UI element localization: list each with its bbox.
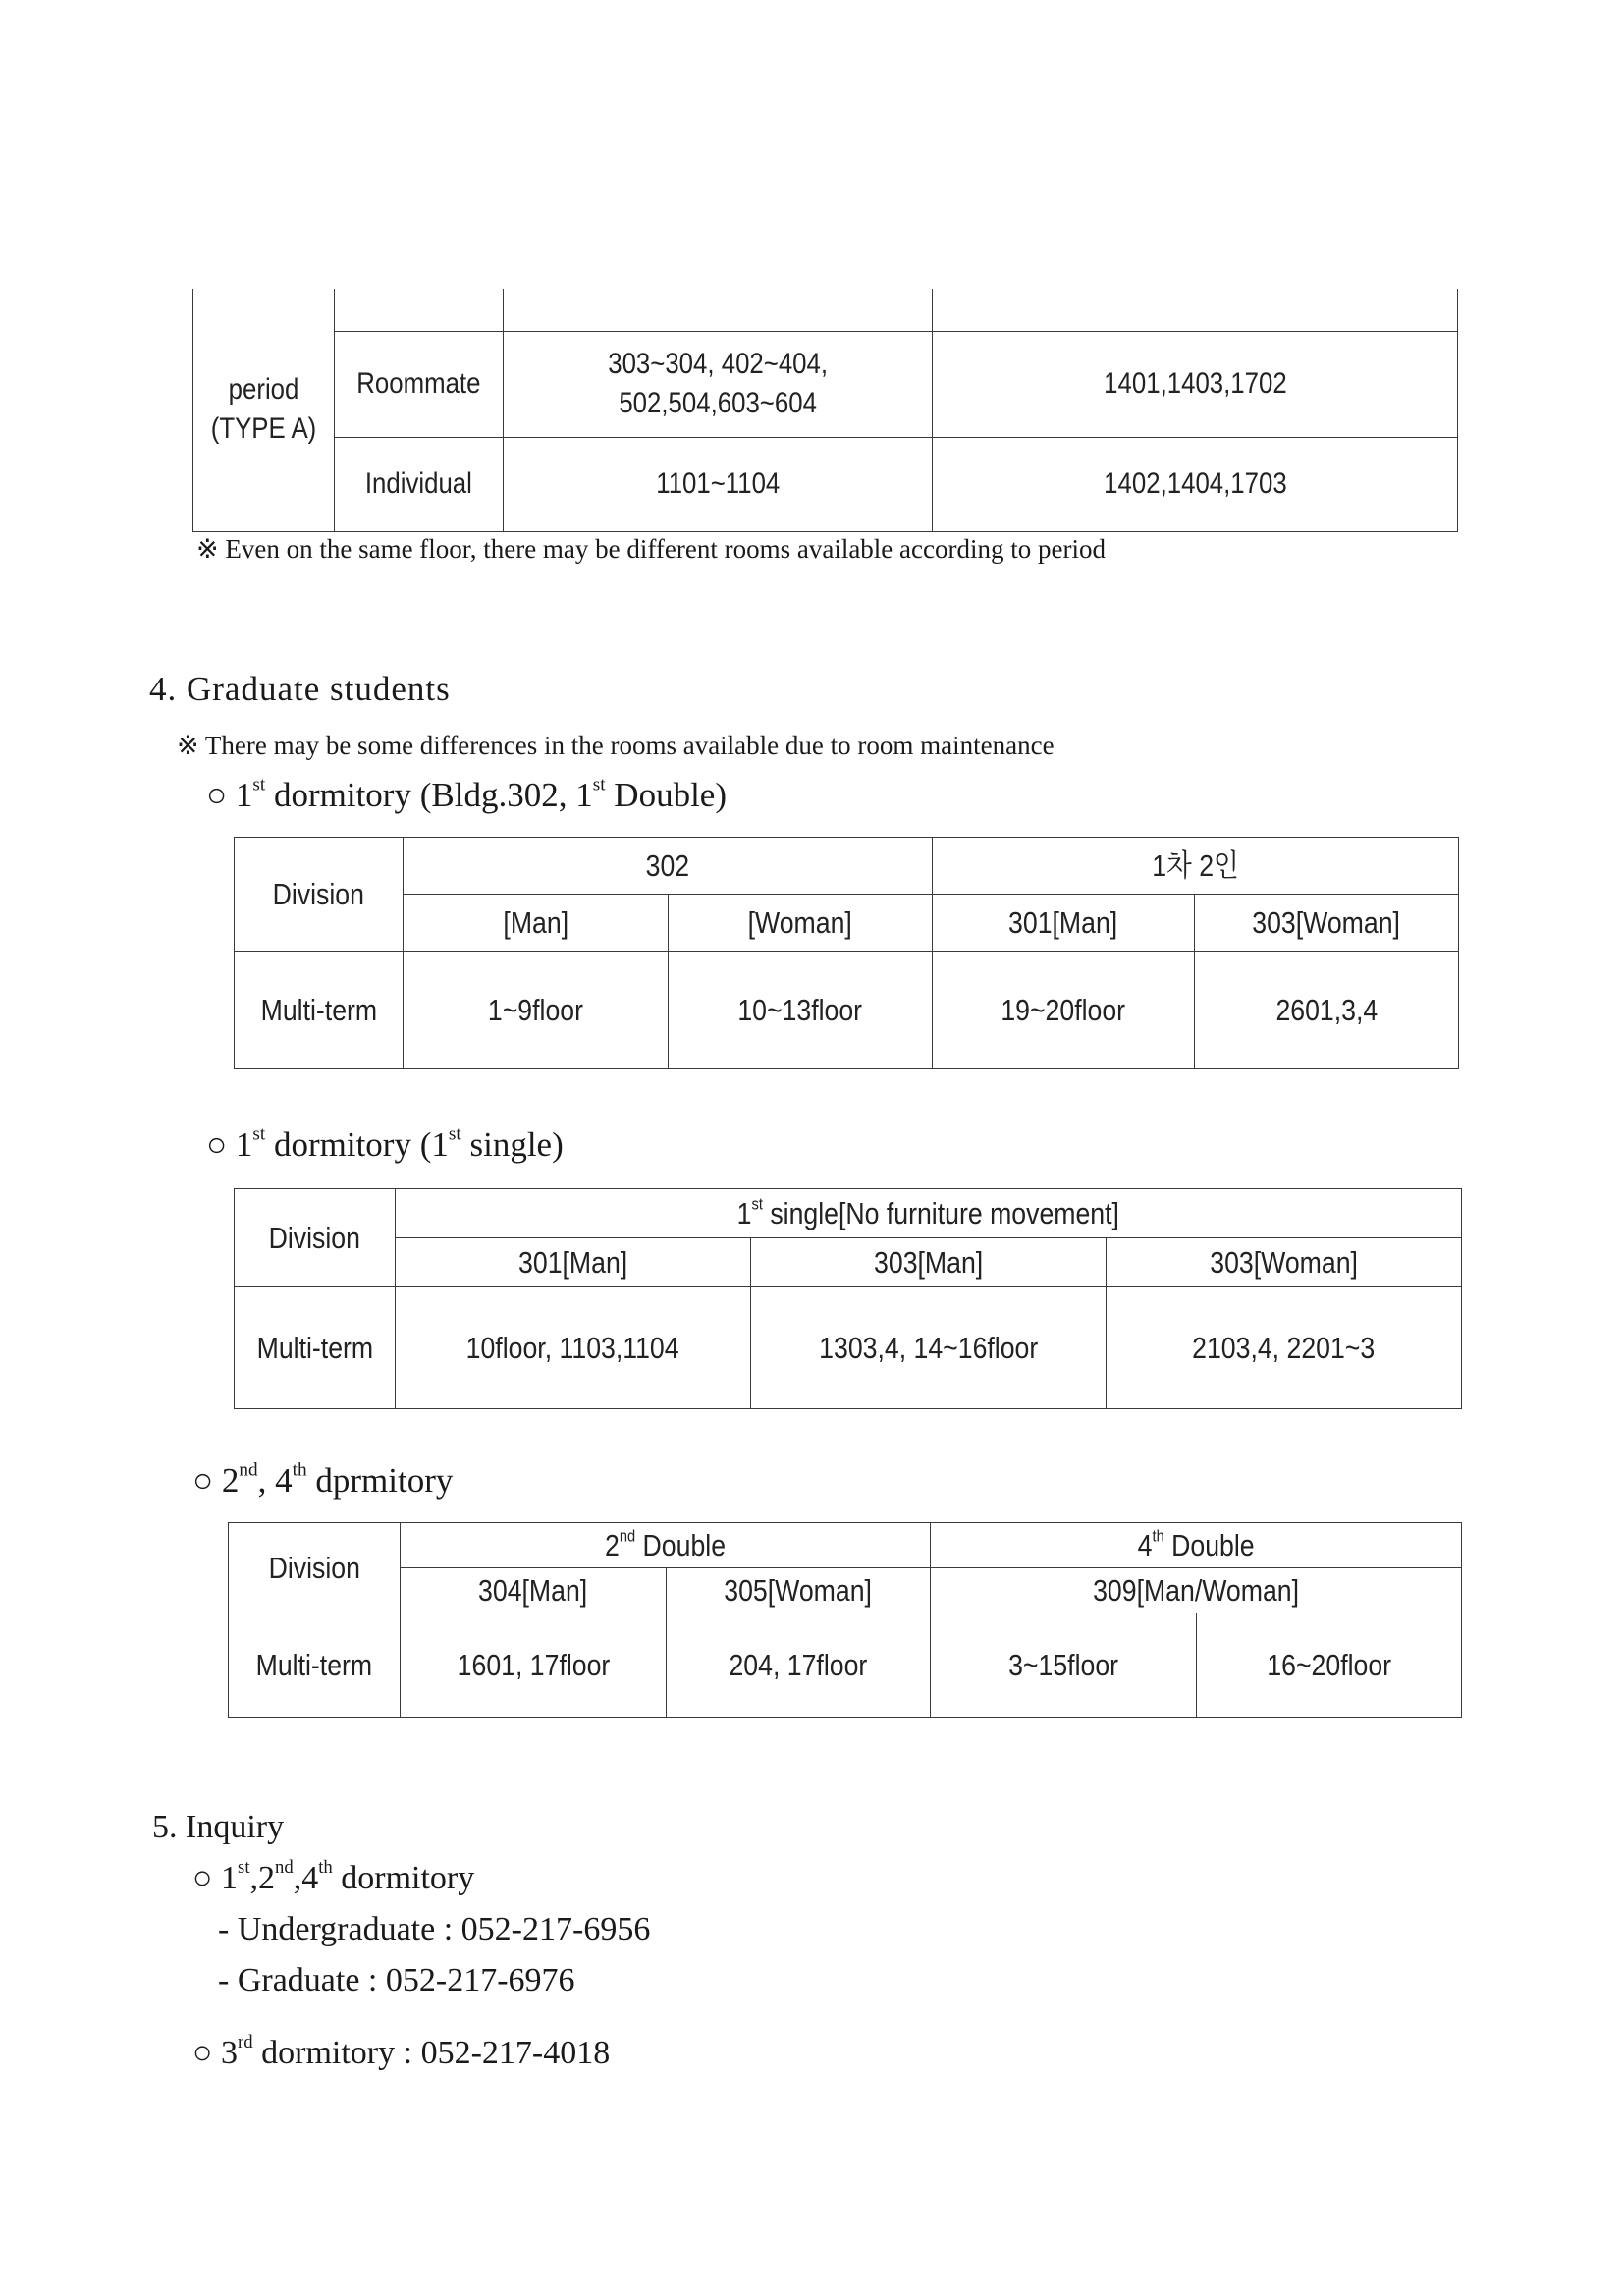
group-header: 2nd Double: [401, 1523, 931, 1568]
division-header: Division: [235, 838, 404, 952]
row-label: Multi-term: [235, 952, 404, 1069]
column-header: 304[Man]: [401, 1568, 667, 1613]
division-header: Division: [229, 1523, 401, 1613]
table-cell: 10~13floor: [669, 952, 933, 1069]
column-header: 301[Man]: [396, 1238, 751, 1287]
group-header: 4th Double: [931, 1523, 1462, 1568]
first-dorm-double-table: Division 302 1차 2인 [Man] [Woman] 301[Man…: [234, 837, 1459, 1069]
section-5-heading: 5. Inquiry: [152, 1809, 284, 1846]
blank-cell: [933, 289, 1458, 331]
bullet-circle-icon: ○: [192, 1860, 213, 1896]
column-header: 305[Woman]: [667, 1568, 931, 1613]
sub1-title: ○ 1st dormitory (Bldg.302, 1st Double): [206, 776, 727, 815]
period-label-cell: period(TYPE A): [193, 289, 335, 531]
table-row: Multi-term 10floor, 1103,1104 1303,4, 14…: [235, 1287, 1462, 1409]
table-cell: 1303,4, 14~16floor: [751, 1287, 1107, 1409]
table-cell: 1601, 17floor: [401, 1613, 667, 1718]
bullet-circle-icon: ○: [206, 776, 227, 814]
third-dorm-contact: ○ 3rd dormitory : 052-217-4018: [192, 2035, 610, 2072]
row-label: Multi-term: [235, 1287, 396, 1409]
table-cell: 303~304, 402~404,502,504,603~604: [504, 331, 933, 437]
column-header: 303[Woman]: [1107, 1238, 1462, 1287]
table-cell: 1~9floor: [404, 952, 669, 1069]
room-type-individual: Individual: [335, 437, 504, 531]
group-header: 302: [404, 838, 933, 895]
column-header: 303[Man]: [751, 1238, 1107, 1287]
section-4-heading: 4. Graduate students: [149, 670, 451, 709]
inquiry-group-1-title: ○ 1st,2nd,4th dormitory: [192, 1860, 474, 1897]
group-header: 1차 2인: [933, 838, 1459, 895]
table-cell: 16~20floor: [1197, 1613, 1462, 1718]
sub2-title: ○ 1st dormitory (1st single): [206, 1125, 564, 1165]
group-header: 1st single[No furniture movement]: [396, 1189, 1462, 1238]
phone-number[interactable]: 052-217-4018: [421, 2035, 611, 2071]
table-row: Roommate 303~304, 402~404,502,504,603~60…: [193, 331, 1458, 437]
table-cell: 204, 17floor: [667, 1613, 931, 1718]
blank-cell: [335, 289, 504, 331]
table-row: Individual 1101~1104 1402,1404,1703: [193, 437, 1458, 531]
phone-number[interactable]: 052-217-6956: [461, 1911, 651, 1947]
column-header: [Man]: [404, 895, 669, 952]
column-header: 309[Man/Woman]: [931, 1568, 1462, 1613]
table-cell: 19~20floor: [933, 952, 1195, 1069]
column-header: 303[Woman]: [1195, 895, 1459, 952]
row-label: Multi-term: [229, 1613, 401, 1718]
first-dorm-single-table: Division 1st single[No furniture movemen…: [234, 1188, 1462, 1409]
division-header: Division: [235, 1189, 396, 1287]
period-label: period(TYPE A): [211, 370, 317, 450]
sub3-title: ○ 2nd, 4th dprmitory: [192, 1461, 453, 1501]
column-header: 301[Man]: [933, 895, 1195, 952]
room-type-roommate: Roommate: [335, 331, 504, 437]
table-row: Multi-term 1601, 17floor 204, 17floor 3~…: [229, 1613, 1462, 1718]
room-table-type-a: period(TYPE A) Roommate 303~304, 402~404…: [192, 289, 1458, 532]
phone-number[interactable]: 052-217-6976: [386, 1962, 575, 1998]
table-cell: 2103,4, 2201~3: [1107, 1287, 1462, 1409]
undergraduate-contact: - Undergraduate : 052-217-6956: [218, 1911, 650, 1948]
blank-cell: [504, 289, 933, 331]
second-fourth-dorm-table: Division 2nd Double 4th Double 304[Man] …: [228, 1522, 1462, 1718]
period-note: ※ Even on the same floor, there may be d…: [196, 534, 1106, 565]
table-row: Multi-term 1~9floor 10~13floor 19~20floo…: [235, 952, 1459, 1069]
table-cell: 10floor, 1103,1104: [396, 1287, 751, 1409]
maintenance-note: ※ There may be some differences in the r…: [177, 731, 1055, 761]
table-cell: 1401,1403,1702: [933, 331, 1458, 437]
bullet-circle-icon: ○: [206, 1125, 227, 1164]
column-header: [Woman]: [669, 895, 933, 952]
table-cell: 1402,1404,1703: [933, 437, 1458, 531]
table-cell: 3~15floor: [931, 1613, 1197, 1718]
table-cell: 1101~1104: [504, 437, 933, 531]
graduate-contact: - Graduate : 052-217-6976: [218, 1962, 575, 1999]
table-cell: 2601,3,4: [1195, 952, 1459, 1069]
bullet-circle-icon: ○: [192, 1461, 213, 1500]
bullet-circle-icon: ○: [192, 2035, 213, 2071]
